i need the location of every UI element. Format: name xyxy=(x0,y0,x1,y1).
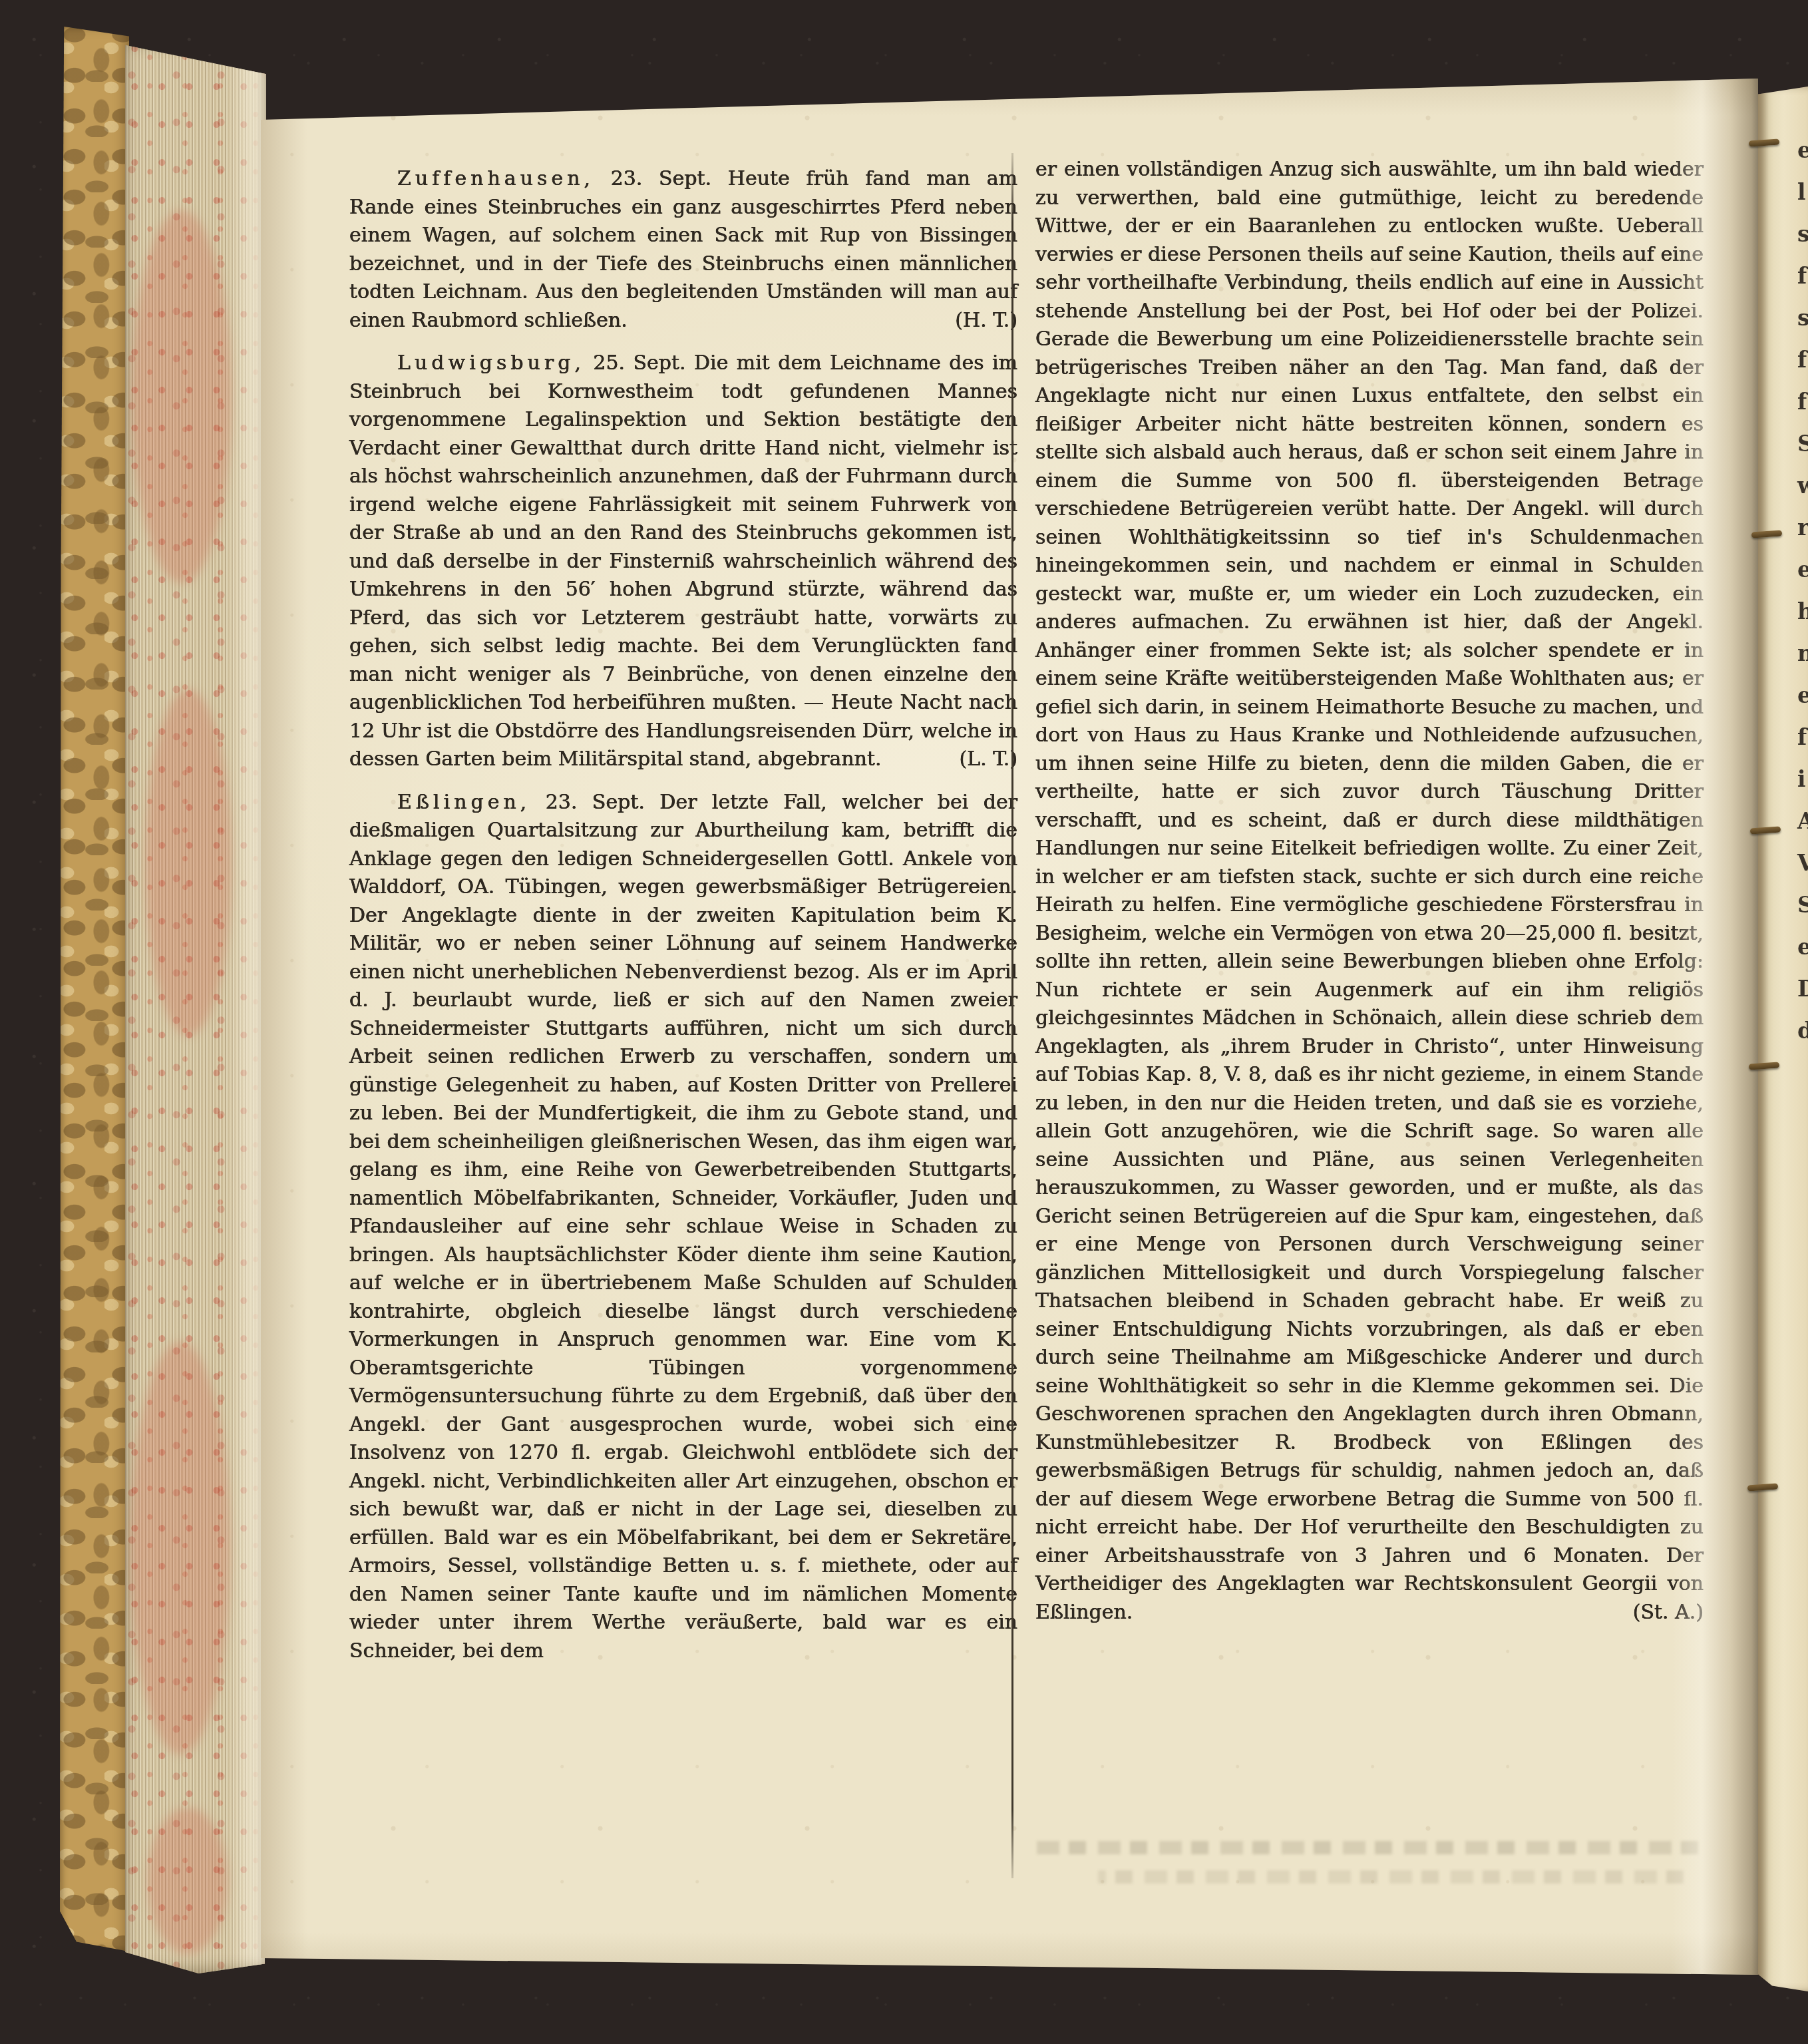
column-divider-rule xyxy=(1011,153,1013,1878)
article-paragraph: Zuffenhausen, 23. Sept. Heute früh fand … xyxy=(349,165,1017,335)
correspondent-mark: (H. T.) xyxy=(894,307,1017,335)
show-through-ghost-text xyxy=(1033,1841,1698,1854)
red-marbling-patch xyxy=(148,1808,228,1954)
open-newspaper-page: Zuffenhausen, 23. Sept. Heute früh fand … xyxy=(261,79,1758,1975)
page-block-fore-edge xyxy=(125,37,266,1975)
red-marbling-patch xyxy=(130,1342,230,1754)
dateline-city: Zuffenhausen, xyxy=(397,167,594,190)
scanned-book-page: Zuffenhausen, 23. Sept. Heute früh fand … xyxy=(0,0,1808,2044)
gutter-fold-shadow xyxy=(1672,79,1758,1975)
continuation-paragraph: er einen vollständigen Anzug sich auswäh… xyxy=(1035,156,1704,1627)
left-text-column: Zuffenhausen, 23. Sept. Heute früh fand … xyxy=(349,165,1017,1680)
correspondent-mark: (L. T.) xyxy=(898,745,1017,774)
book-cover-marbled-edge xyxy=(60,27,129,1951)
dateline-city: Ludwigsburg, xyxy=(397,351,585,375)
red-marbling-patch xyxy=(145,690,232,1036)
facing-page-text-fragments: elsfsffSwrehnefiAVSeDd xyxy=(1794,129,1808,1940)
show-through-ghost-text xyxy=(1098,1870,1684,1884)
facing-page-edge: elsfsffSwrehnefiAVSeDd xyxy=(1758,87,1808,1991)
dateline-city: Eßlingen, xyxy=(397,791,530,814)
article-paragraph: Ludwigsburg, 25. Sept. Die mit dem Leich… xyxy=(349,349,1017,774)
article-paragraph: Eßlingen, 23. Sept. Der letzte Fall, wel… xyxy=(349,789,1017,1666)
right-text-column: er einen vollständigen Anzug sich auswäh… xyxy=(1035,156,1704,1641)
red-marbling-patch xyxy=(132,210,232,583)
